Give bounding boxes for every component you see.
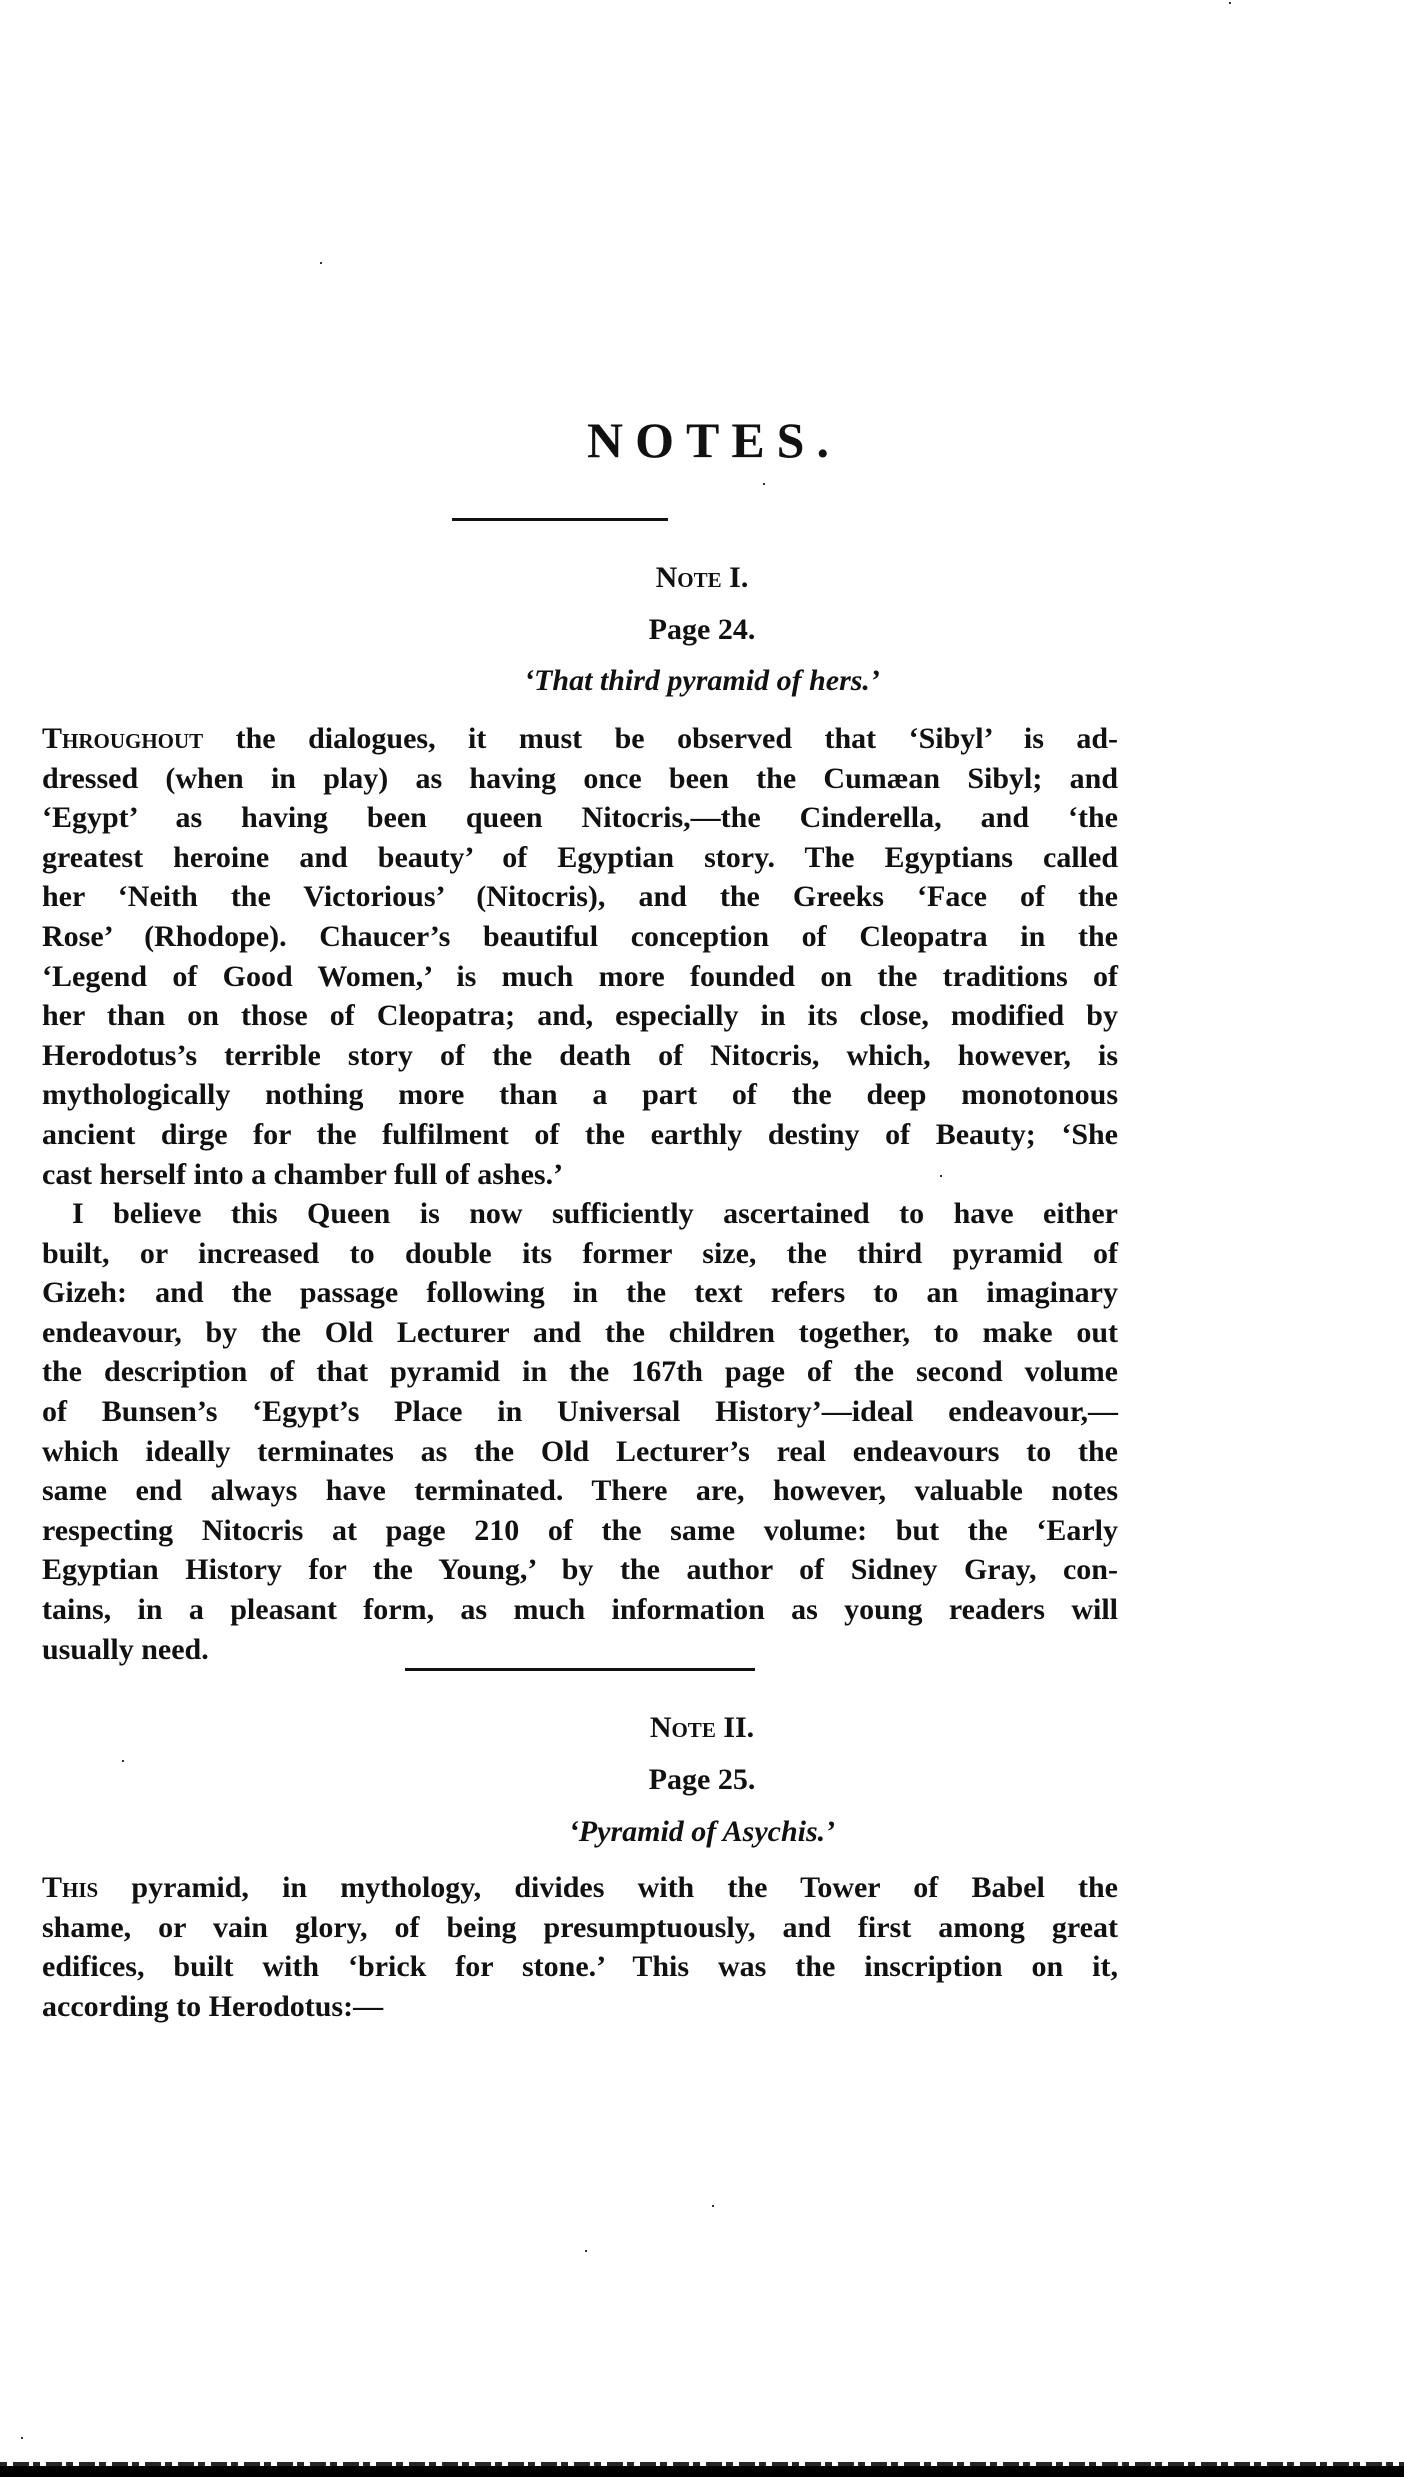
note-1-paragraph-1: Throughout the dialogues, it must be obs… [42,719,1118,1194]
scan-speck [763,483,765,485]
note-2-heading: Note II. [0,1710,1404,1746]
text-line: Gizeh: and the passage following in the … [42,1273,1118,1313]
lead-word: This [42,1871,98,1904]
text-line: edifices, built with ‘brick for stone.’ … [42,1947,1118,1987]
scan-speck [585,2250,587,2252]
book-page: NOTES. Note I. Page 24. ‘That third pyra… [0,0,1404,2477]
text-line: Egyptian History for the Young,’ by the … [42,1550,1118,1590]
lead-word: Throughout [42,722,203,755]
section-rule [405,1668,755,1671]
text-line: ancient dirge for the fulfilment of the … [42,1115,1118,1155]
text-line: Herodotus’s terrible story of the death … [42,1036,1118,1076]
scan-bottom-edge [0,2466,1404,2477]
text-line: Rose’ (Rhodope). Chaucer’s beautiful con… [42,917,1118,957]
title-rule [452,518,668,521]
text-line: the description of that pyramid in the 1… [42,1352,1118,1392]
text-line: according to Herodotus:— [42,1987,1118,2027]
text-line: Throughout the dialogues, it must be obs… [42,719,1118,759]
scan-speck [712,2205,714,2207]
note-2-page-ref: Page 25. [0,1762,1404,1798]
page-title: NOTES. [12,410,1404,470]
text-line: greatest heroine and beauty’ of Egyptian… [42,838,1118,878]
text-line: usually need. [42,1630,1118,1670]
note-1-page-ref: Page 24. [0,612,1404,648]
note-1-paragraph-2: I believe this Queen is now sufficiently… [42,1194,1118,1669]
text-line: built, or increased to double its former… [42,1234,1118,1274]
text-line: endeavour, by the Old Lecturer and the c… [42,1313,1118,1353]
text-line: which ideally terminates as the Old Lect… [42,1432,1118,1472]
text-line: ‘Legend of Good Women,’ is much more fou… [42,957,1118,997]
text-line: I believe this Queen is now sufficiently… [42,1194,1118,1234]
text-line: cast herself into a chamber full of ashe… [42,1155,1118,1195]
text-line: respecting Nitocris at page 210 of the s… [42,1511,1118,1551]
note-2-quote: ‘Pyramid of Asychis.’ [0,1814,1404,1850]
note-1-quote: ‘That third pyramid of hers.’ [0,663,1404,699]
text-line: her than on those of Cleopatra; and, esp… [42,996,1118,1036]
text-line: ‘Egypt’ as having been queen Nitocris,—t… [42,798,1118,838]
text-line: This pyramid, in mythology, divides with… [42,1868,1118,1908]
scan-speck [320,262,322,264]
text-line: dressed (when in play) as having once be… [42,759,1118,799]
text-line: mythologically nothing more than a part … [42,1075,1118,1115]
note-1-heading: Note I. [0,560,1404,596]
text-line: same end always have terminated. There a… [42,1471,1118,1511]
text-line: shame, or vain glory, of being presumptu… [42,1908,1118,1948]
scan-speck [1229,2,1231,4]
text-line: her ‘Neith the Victorious’ (Nitocris), a… [42,877,1118,917]
text-line: of Bunsen’s ‘Egypt’s Place in Universal … [42,1392,1118,1432]
scan-speck [21,2437,23,2439]
note-2-paragraph-1: This pyramid, in mythology, divides with… [42,1868,1118,2026]
text-line: tains, in a pleasant form, as much infor… [42,1590,1118,1630]
